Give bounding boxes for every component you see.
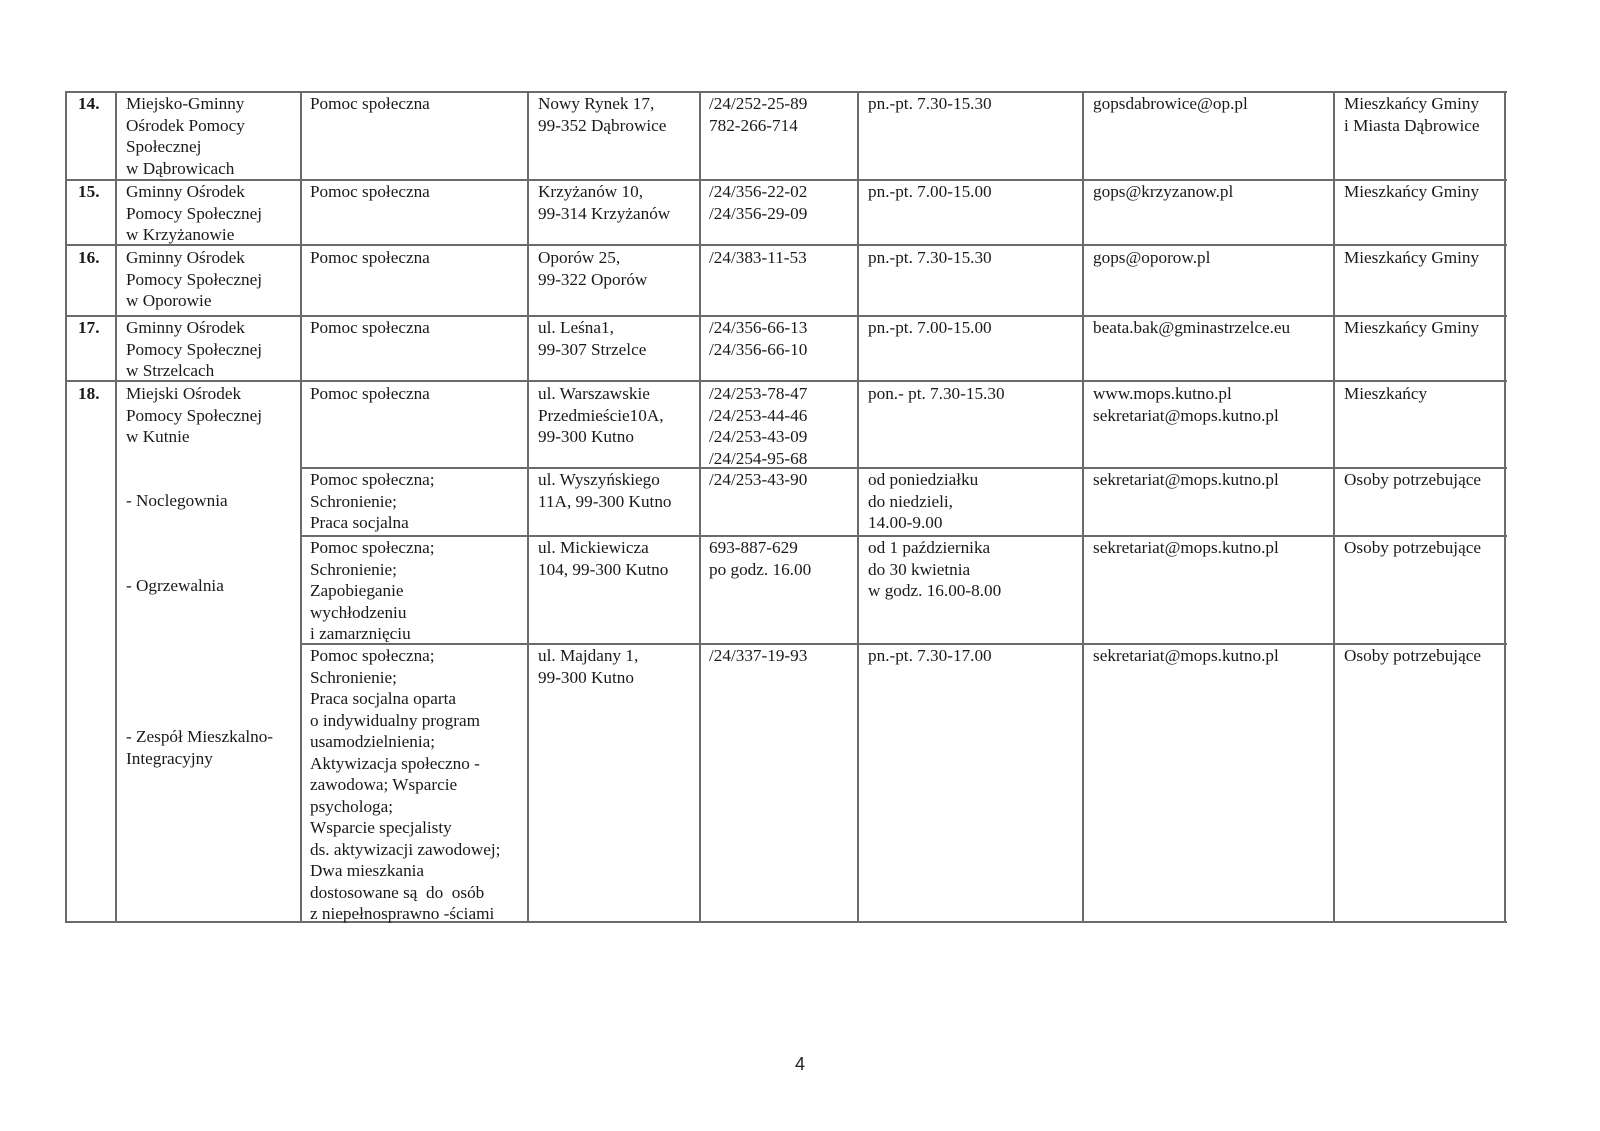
- row-number: 17.: [78, 317, 99, 339]
- recipients: Osoby potrzebujące: [1344, 469, 1481, 491]
- email-link[interactable]: gops@oporow.pl: [1093, 247, 1210, 269]
- recipients: Osoby potrzebujące: [1344, 645, 1481, 667]
- services: Pomoc społeczna; Schronienie; Zapobiegan…: [310, 537, 435, 645]
- services: Pomoc społeczna: [310, 181, 430, 203]
- email-link[interactable]: sekretariat@mops.kutno.pl: [1093, 469, 1279, 491]
- phone: /24/356-22-02 /24/356-29-09: [709, 181, 807, 224]
- table-border: [1504, 91, 1506, 923]
- row-number: 16.: [78, 247, 99, 269]
- column-divider: [527, 91, 529, 923]
- services: Pomoc społeczna: [310, 317, 430, 339]
- email-link[interactable]: gops@krzyzanow.pl: [1093, 181, 1233, 203]
- column-divider: [1333, 91, 1335, 923]
- phone: /24/253-43-90: [709, 469, 807, 491]
- address: ul. Wyszyńskiego 11A, 99-300 Kutno: [538, 469, 672, 512]
- institution-name: Miejsko-Gminny Ośrodek Pomocy Społecznej…: [126, 93, 245, 179]
- opening-hours: od poniedziałku do niedzieli, 14.00-9.00: [868, 469, 978, 534]
- opening-hours: pn.-pt. 7.00-15.00: [868, 317, 992, 339]
- row-divider: [66, 380, 1507, 382]
- unit-label: - Noclegownia: [126, 490, 228, 512]
- address: ul. Leśna1, 99-307 Strzelce: [538, 317, 646, 360]
- email-link[interactable]: beata.bak@gminastrzelce.eu: [1093, 317, 1290, 339]
- address: ul. Warszawskie Przedmieście10A, 99-300 …: [538, 383, 664, 448]
- services: Pomoc społeczna: [310, 93, 430, 115]
- address: ul. Majdany 1, 99-300 Kutno: [538, 645, 638, 688]
- column-divider: [115, 91, 117, 923]
- column-divider: [699, 91, 701, 923]
- phone: 693-887-629 po godz. 16.00: [709, 537, 811, 580]
- opening-hours: pon.- pt. 7.30-15.30: [868, 383, 1005, 405]
- recipients: Mieszkańcy: [1344, 383, 1427, 405]
- phone: /24/356-66-13 /24/356-66-10: [709, 317, 807, 360]
- opening-hours: pn.-pt. 7.00-15.00: [868, 181, 992, 203]
- unit-label: - Ogrzewalnia: [126, 575, 224, 597]
- phone: /24/252-25-89 782-266-714: [709, 93, 807, 136]
- column-divider: [857, 91, 859, 923]
- opening-hours: od 1 października do 30 kwietnia w godz.…: [868, 537, 1001, 602]
- services: Pomoc społeczna; Schronienie; Praca socj…: [310, 645, 500, 925]
- row-number: 15.: [78, 181, 99, 203]
- recipients: Mieszkańcy Gminy i Miasta Dąbrowice: [1344, 93, 1480, 136]
- address: Nowy Rynek 17, 99-352 Dąbrowice: [538, 93, 666, 136]
- institution-name: Gminny Ośrodek Pomocy Społecznej w Krzyż…: [126, 181, 262, 246]
- services: Pomoc społeczna: [310, 247, 430, 269]
- unit-label: - Zespół Mieszkalno- Integracyjny: [126, 726, 273, 769]
- table-border: [66, 921, 1507, 923]
- opening-hours: pn.-pt. 7.30-17.00: [868, 645, 992, 667]
- institution-name: Gminny Ośrodek Pomocy Społecznej w Strze…: [126, 317, 262, 382]
- address: Krzyżanów 10, 99-314 Krzyżanów: [538, 181, 670, 224]
- column-divider: [300, 91, 302, 923]
- row-divider: [66, 244, 1507, 246]
- phone: /24/253-78-47 /24/253-44-46 /24/253-43-0…: [709, 383, 807, 469]
- address: ul. Mickiewicza 104, 99-300 Kutno: [538, 537, 668, 580]
- institution-name: Miejski Ośrodek Pomocy Społecznej w Kutn…: [126, 383, 262, 448]
- email-link[interactable]: sekretariat@mops.kutno.pl: [1093, 537, 1279, 559]
- recipients: Mieszkańcy Gminy: [1344, 317, 1479, 339]
- recipients: Mieszkańcy Gminy: [1344, 181, 1479, 203]
- address: Oporów 25, 99-322 Oporów: [538, 247, 647, 290]
- phone: /24/383-11-53: [709, 247, 807, 269]
- opening-hours: pn.-pt. 7.30-15.30: [868, 247, 992, 269]
- phone: /24/337-19-93: [709, 645, 807, 667]
- table-border: [65, 91, 67, 923]
- page-number: 4: [0, 1054, 1600, 1075]
- services: Pomoc społeczna: [310, 383, 430, 405]
- row-number: 18.: [78, 383, 99, 405]
- column-divider: [1082, 91, 1084, 923]
- website-and-email-links[interactable]: www.mops.kutno.pl sekretariat@mops.kutno…: [1093, 383, 1279, 426]
- services: Pomoc społeczna; Schronienie; Praca socj…: [310, 469, 435, 534]
- institution-name: Gminny Ośrodek Pomocy Społecznej w Oporo…: [126, 247, 262, 312]
- row-number: 14.: [78, 93, 99, 115]
- opening-hours: pn.-pt. 7.30-15.30: [868, 93, 992, 115]
- document-page: 14. Miejsko-Gminny Ośrodek Pomocy Społec…: [0, 0, 1600, 1131]
- email-link[interactable]: sekretariat@mops.kutno.pl: [1093, 645, 1279, 667]
- recipients: Osoby potrzebujące: [1344, 537, 1481, 559]
- email-link[interactable]: gopsdabrowice@op.pl: [1093, 93, 1248, 115]
- recipients: Mieszkańcy Gminy: [1344, 247, 1479, 269]
